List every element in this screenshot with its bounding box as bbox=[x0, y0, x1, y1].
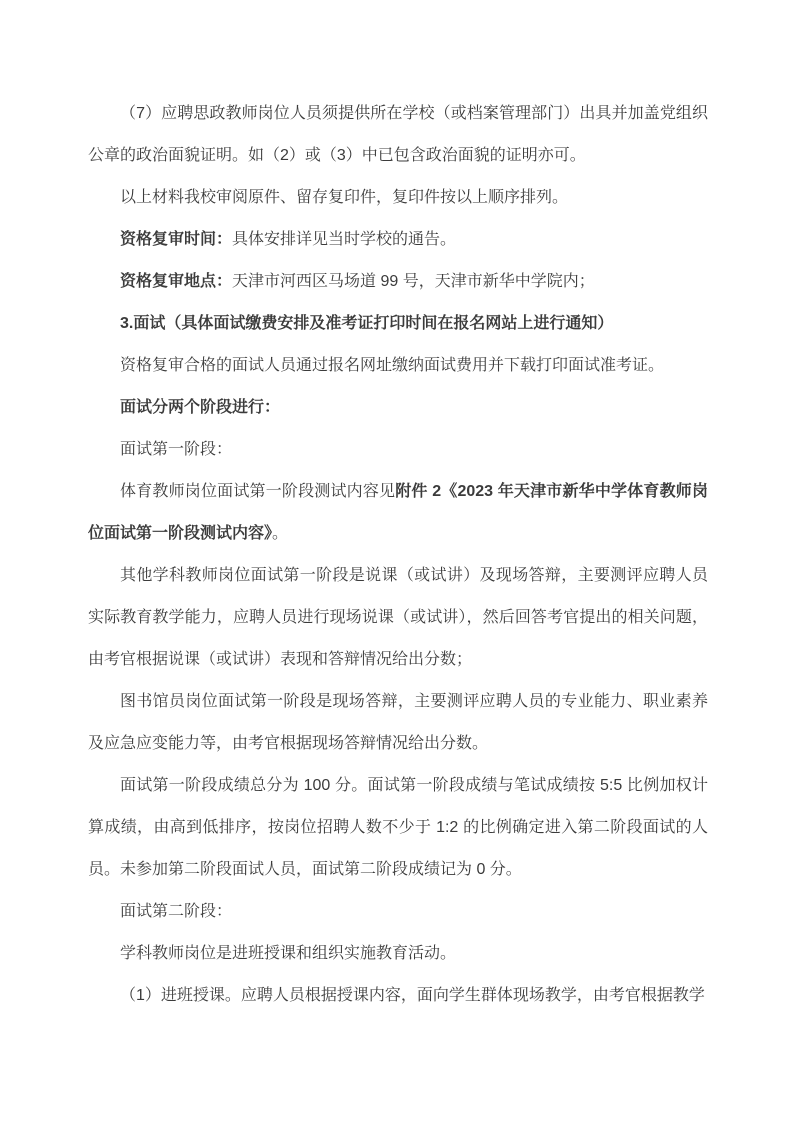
paragraph-materials-review-order: 以上材料我校审阅原件、留存复印件，复印件按以上顺序排列。 bbox=[88, 177, 708, 219]
paragraph-text: 面试第二阶段： bbox=[120, 903, 232, 920]
paragraph-pe-teacher-stage-one: 体育教师岗位面试第一阶段测试内容见附件 2《2023 年天津市新华中学体育教师岗… bbox=[88, 471, 708, 555]
paragraph-qualification-review-location: 资格复审地点：天津市河西区马场道 99 号，天津市新华中学院内； bbox=[88, 261, 708, 303]
review-time-label: 资格复审时间： bbox=[120, 231, 232, 248]
paragraph-librarian-stage-one: 图书馆员岗位面试第一阶段是现场答辩，主要测评应聘人员的专业能力、职业素养及应急应… bbox=[88, 681, 708, 765]
paragraph-text: 以上材料我校审阅原件、留存复印件，复印件按以上顺序排列。 bbox=[120, 189, 568, 206]
paragraph-stage-two-label: 面试第二阶段： bbox=[88, 891, 708, 933]
paragraph-stage-one-scoring-rules: 面试第一阶段成绩总分为 100 分。面试第一阶段成绩与笔试成绩按 5:5 比例加… bbox=[88, 765, 708, 891]
paragraph-other-subject-teacher-stage-one: 其他学科教师岗位面试第一阶段是说课（或试讲）及现场答辩，主要测评应聘人员实际教育… bbox=[88, 555, 708, 681]
paragraph-item7-political-status-certificate: （7）应聘思政教师岗位人员须提供所在学校（或档案管理部门）出具并加盖党组织公章的… bbox=[88, 93, 708, 177]
paragraph-qualification-review-time: 资格复审时间：具体安排详见当时学校的通告。 bbox=[88, 219, 708, 261]
subheading-text: 面试分两个阶段进行： bbox=[120, 399, 280, 416]
paragraph-interview-payment-admission-ticket: 资格复审合格的面试人员通过报名网址缴纳面试费用并下载打印面试准考证。 bbox=[88, 345, 708, 387]
paragraph-text: 。 bbox=[272, 525, 288, 542]
paragraph-text: 面试第一阶段： bbox=[120, 441, 232, 458]
paragraph-text: 资格复审合格的面试人员通过报名网址缴纳面试费用并下载打印面试准考证。 bbox=[120, 357, 664, 374]
document-body: （7）应聘思政教师岗位人员须提供所在学校（或档案管理部门）出具并加盖党组织公章的… bbox=[88, 93, 708, 1017]
paragraph-text: 体育教师岗位面试第一阶段测试内容见 bbox=[120, 483, 395, 500]
paragraph-stage-two-classroom-teaching: （1）进班授课。应聘人员根据授课内容，面向学生群体现场教学，由考官根据教学 bbox=[88, 975, 708, 1017]
paragraph-interview-two-stages-heading: 面试分两个阶段进行： bbox=[88, 387, 708, 429]
review-time-value: 具体安排详见当时学校的通告。 bbox=[232, 231, 456, 248]
paragraph-text: 其他学科教师岗位面试第一阶段是说课（或试讲）及现场答辩，主要测评应聘人员实际教育… bbox=[88, 567, 708, 668]
paragraph-stage-one-label: 面试第一阶段： bbox=[88, 429, 708, 471]
paragraph-section3-interview-heading: 3.面试（具体面试缴费安排及准考证打印时间在报名网站上进行通知） bbox=[88, 303, 708, 345]
section-heading-text: 3.面试（具体面试缴费安排及准考证打印时间在报名网站上进行通知） bbox=[120, 315, 613, 332]
review-location-label: 资格复审地点： bbox=[120, 273, 232, 290]
paragraph-text: 图书馆员岗位面试第一阶段是现场答辩，主要测评应聘人员的专业能力、职业素养及应急应… bbox=[88, 693, 708, 752]
review-location-value: 天津市河西区马场道 99 号，天津市新华中学院内； bbox=[232, 273, 595, 290]
paragraph-text: （1）进班授课。应聘人员根据授课内容，面向学生群体现场教学，由考官根据教学 bbox=[120, 987, 705, 1004]
paragraph-text: （7）应聘思政教师岗位人员须提供所在学校（或档案管理部门）出具并加盖党组织公章的… bbox=[88, 105, 708, 164]
paragraph-stage-two-subject-teacher: 学科教师岗位是进班授课和组织实施教育活动。 bbox=[88, 933, 708, 975]
paragraph-text: 面试第一阶段成绩总分为 100 分。面试第一阶段成绩与笔试成绩按 5:5 比例加… bbox=[88, 777, 708, 878]
paragraph-text: 学科教师岗位是进班授课和组织实施教育活动。 bbox=[120, 945, 456, 962]
